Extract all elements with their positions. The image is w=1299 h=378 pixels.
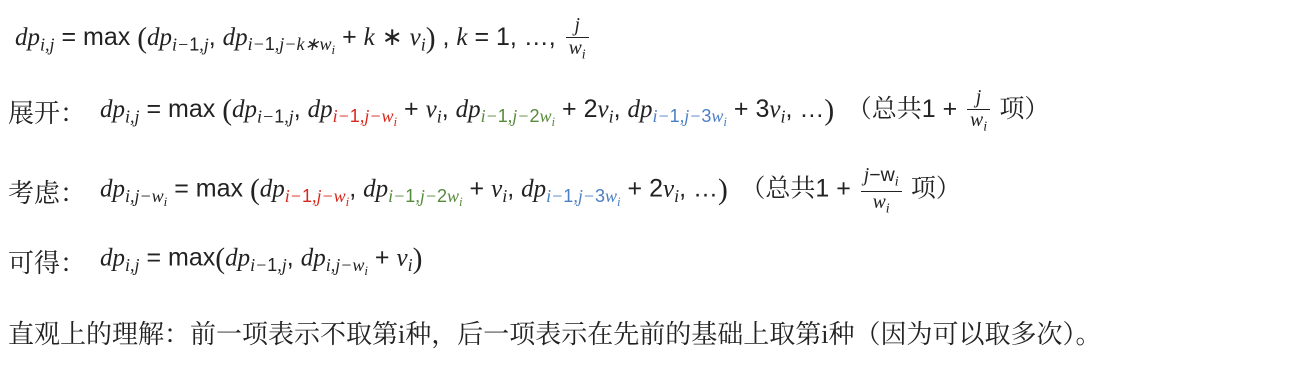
math-token: dp xyxy=(223,24,248,51)
math-token: = xyxy=(140,95,169,123)
math-token: , xyxy=(507,175,521,203)
math-token: + xyxy=(397,95,426,123)
math-token: + xyxy=(555,95,584,123)
math-token: , … xyxy=(679,175,718,203)
math-token: v xyxy=(410,24,421,51)
math-token: + xyxy=(335,23,364,51)
math-token: 2 xyxy=(584,95,598,123)
math-token: i,j xyxy=(125,106,140,126)
math-token: w xyxy=(605,186,617,206)
math-token: ( xyxy=(250,174,260,206)
math-token: 项） xyxy=(993,96,1049,123)
math-token: ,j− xyxy=(573,186,595,206)
math-token: jwi xyxy=(566,15,589,63)
label-consider: 考虑： xyxy=(8,173,86,210)
math-token: j xyxy=(976,87,981,108)
math-token: k xyxy=(456,24,467,51)
math-token: i xyxy=(886,200,890,216)
math-token: v xyxy=(396,244,407,271)
math-token: 1 xyxy=(563,186,573,206)
math-token: ,j− xyxy=(508,106,530,126)
math-token: i−1,j−wi xyxy=(285,186,349,206)
math-token: dp xyxy=(301,244,326,271)
math-token: wi xyxy=(967,110,990,135)
math-token: wi xyxy=(566,38,589,63)
math-token: w xyxy=(569,38,582,59)
formula-consider-line: 考虑： dpi,j−wi = max (dpi−1,j−wi, dpi−1,j−… xyxy=(0,150,1299,232)
math-token: i− xyxy=(248,34,265,54)
math-token: dp xyxy=(363,176,388,203)
math-token: = xyxy=(55,23,84,51)
math-token: k xyxy=(364,24,375,51)
math-token: 1 xyxy=(265,34,275,54)
math-token: ) xyxy=(824,94,834,126)
math-token: w xyxy=(539,106,551,126)
math-token: i,j−wi xyxy=(326,255,368,275)
math-token: v xyxy=(663,176,674,203)
label-derive: 可得： xyxy=(8,243,86,280)
math-token: i−1,j xyxy=(250,255,287,275)
math-token: 3 xyxy=(755,95,769,123)
math-token: 2 xyxy=(437,186,447,206)
math-token: dp xyxy=(521,176,546,203)
formula-recurrence-line: dpi,j = max (dpi−1,j, dpi−1,j−k∗wi + k ∗… xyxy=(0,6,1299,72)
math-token: i−1,j xyxy=(172,34,209,54)
math-token: ) xyxy=(426,22,436,54)
math-token: i xyxy=(886,200,890,216)
math-token: , … xyxy=(786,95,825,123)
math-token: 1 xyxy=(350,106,360,126)
math-token: , xyxy=(442,95,456,123)
math-token: , xyxy=(287,243,301,271)
math-token: ,j− xyxy=(680,106,702,126)
math-token: w xyxy=(711,106,723,126)
math-token: = xyxy=(140,243,169,271)
math-token: v xyxy=(491,176,502,203)
explanation-text: 直观上的理解：前一项表示不取第i种，后一项表示在先前的基础上取第i种（因为可以取… xyxy=(8,314,1101,351)
math-token: dp xyxy=(100,244,125,271)
math-token: 3 xyxy=(701,106,711,126)
math-token: 1 xyxy=(267,255,277,275)
math-token: ,j−w xyxy=(312,186,346,206)
math-token: i,j xyxy=(125,255,140,275)
math-token: （总共 xyxy=(834,96,922,123)
math-token: max xyxy=(83,23,137,51)
math-token: − xyxy=(869,164,880,186)
math-token: dp xyxy=(225,244,250,271)
math-token: i− xyxy=(388,186,405,206)
math-token: ,j−w xyxy=(360,106,394,126)
math-token: i− xyxy=(653,106,670,126)
math-token: w xyxy=(881,164,895,186)
math-token: i,j−w xyxy=(326,255,365,275)
math-token: i xyxy=(895,174,899,190)
math-token: dp xyxy=(308,96,333,123)
math-token: + xyxy=(368,243,397,271)
math-token: i,j xyxy=(125,255,140,275)
formula-consider: dpi,j−wi = max (dpi−1,j−wi, dpi−1,j−2wi … xyxy=(100,165,961,216)
math-token: dp xyxy=(15,24,40,51)
math-token: ( xyxy=(137,22,147,54)
math-token: 1 xyxy=(405,186,415,206)
formula-expanded: dpi,j = max (dpi−1,j, dpi−1,j−wi + vi, d… xyxy=(100,87,1049,135)
math-token: 1 xyxy=(302,186,312,206)
math-token: i xyxy=(895,174,899,190)
math-token: + xyxy=(621,175,650,203)
math-token: i,j xyxy=(40,34,55,54)
math-token: j xyxy=(574,15,579,36)
notes-document: dpi,j = max (dpi−1,j, dpi−1,j−k∗wi + k ∗… xyxy=(0,0,1299,360)
math-token: wi xyxy=(861,192,902,217)
math-token: 3 xyxy=(595,186,605,206)
math-token: ,j xyxy=(277,255,287,275)
math-token: 1 xyxy=(274,106,284,126)
math-token: 1 xyxy=(189,34,199,54)
math-token: j−wiwi xyxy=(861,165,902,216)
math-token: + xyxy=(463,175,492,203)
math-token: v xyxy=(426,96,437,123)
math-token: ,j− xyxy=(415,186,437,206)
math-token: , xyxy=(349,175,363,203)
math-token: （总共 xyxy=(728,176,816,203)
formula-derived: dpi,j = max(dpi−1,j, dpi,j−wi + vi) xyxy=(100,243,422,279)
math-token: 1 xyxy=(498,106,508,126)
math-token: w xyxy=(873,192,886,213)
math-token: i−1,j−wi xyxy=(333,106,397,126)
math-token: i,j xyxy=(125,106,140,126)
math-token: i,j−wi xyxy=(125,186,167,206)
math-token: 1 + xyxy=(815,175,857,203)
formula-expanded-line: 展开： dpi,j = max (dpi−1,j, dpi−1,j−wi + v… xyxy=(0,72,1299,150)
math-token: + xyxy=(727,95,756,123)
math-token: i−1,j xyxy=(257,106,294,126)
math-token: i− xyxy=(285,186,302,206)
math-token: dp xyxy=(456,96,481,123)
formula-derived-line: 可得： dpi,j = max(dpi−1,j, dpi,j−wi + vi) xyxy=(0,232,1299,290)
formula-recurrence: dpi,j = max (dpi−1,j, dpi−1,j−k∗wi + k ∗… xyxy=(15,15,592,63)
math-token: i−1,j−3wi xyxy=(653,106,727,126)
math-token: 1 + xyxy=(922,95,964,123)
math-token: 1 xyxy=(670,106,680,126)
math-token: j xyxy=(967,87,990,110)
math-token: ) xyxy=(413,243,423,275)
math-token: , xyxy=(436,23,457,51)
math-token: dp xyxy=(232,96,257,123)
math-token: i,j xyxy=(40,34,55,54)
explanation-line: 直观上的理解：前一项表示不取第i种，后一项表示在先前的基础上取第i种（因为可以取… xyxy=(0,304,1299,360)
math-token: w xyxy=(447,186,459,206)
math-token: max xyxy=(196,175,250,203)
math-token: dp xyxy=(147,24,172,51)
math-token: = xyxy=(468,23,497,51)
math-token: jwi xyxy=(967,87,990,135)
math-token: ( xyxy=(215,243,225,275)
math-token: ,j xyxy=(199,34,209,54)
math-token: i−1,j−k∗wi xyxy=(248,34,336,54)
math-token: = xyxy=(167,175,196,203)
math-token: v xyxy=(597,96,608,123)
math-token: , xyxy=(294,95,308,123)
math-token: i xyxy=(582,46,586,62)
math-token: ,j−k∗w xyxy=(275,34,332,54)
math-token: 2 xyxy=(529,106,539,126)
math-token: i xyxy=(983,118,987,134)
math-token: i− xyxy=(250,255,267,275)
math-token: j xyxy=(566,15,589,38)
math-token: i,j−w xyxy=(125,186,164,206)
math-token: i− xyxy=(481,106,498,126)
math-token: i− xyxy=(172,34,189,54)
math-token: dp xyxy=(260,176,285,203)
math-token: i−1,j−3wi xyxy=(546,186,620,206)
label-expand: 展开： xyxy=(8,93,86,130)
math-token: max xyxy=(168,243,215,271)
math-token: ( xyxy=(222,94,232,126)
math-token: i xyxy=(582,46,586,62)
math-token: dp xyxy=(100,176,125,203)
math-token: 项） xyxy=(905,176,961,203)
math-token: i xyxy=(983,118,987,134)
math-token: ,j xyxy=(284,106,294,126)
math-token: ∗ xyxy=(375,23,410,51)
math-token: dp xyxy=(628,96,653,123)
math-token: i− xyxy=(546,186,563,206)
math-token: 1, …, xyxy=(496,23,563,51)
math-token: v xyxy=(769,96,780,123)
math-token: i− xyxy=(257,106,274,126)
math-token: dp xyxy=(100,96,125,123)
math-token: 2 xyxy=(649,175,663,203)
math-token: ) xyxy=(718,174,728,206)
math-token: max xyxy=(168,95,222,123)
math-token: j−wi xyxy=(861,165,902,191)
math-token: , xyxy=(209,23,223,51)
math-token: i− xyxy=(333,106,350,126)
math-token: , xyxy=(614,95,628,123)
math-token: w xyxy=(970,110,983,131)
math-token: i−1,j−2wi xyxy=(388,186,462,206)
math-token: i−1,j−2wi xyxy=(481,106,555,126)
